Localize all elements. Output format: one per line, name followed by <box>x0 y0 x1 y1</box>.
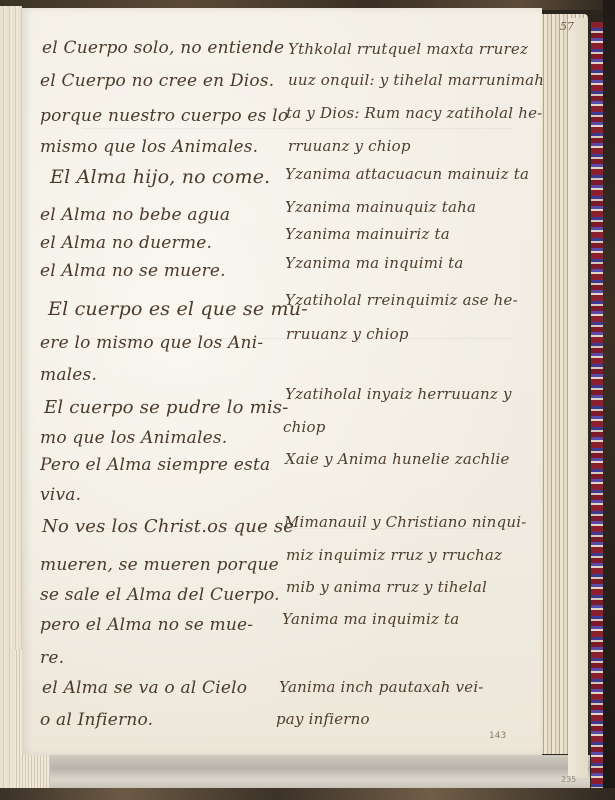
marbled-endpaper-edge <box>591 22 603 792</box>
spanish-line: el Alma no se muere. <box>40 261 226 281</box>
spanish-line: ere lo mismo que los Ani- <box>40 333 263 353</box>
spanish-line: No ves los Christ.os que se <box>42 516 294 537</box>
spanish-line: viva. <box>40 485 81 505</box>
native-line: Yanima ma inquimiz ta <box>282 610 459 628</box>
spanish-line: el Alma se va o al Cielo <box>42 678 247 698</box>
underlying-leaf <box>50 755 590 788</box>
spanish-line: mueren, se mueren porque <box>40 555 279 575</box>
native-line: Yzatiholal inyaiz herruuanz y <box>285 385 512 403</box>
book-cover-bottom-edge <box>0 788 615 800</box>
spanish-line: mismo que los Animales. <box>40 137 258 157</box>
native-line: Yzanima attacuacun mainuiz ta <box>285 165 529 183</box>
native-line: Yzanima mainuquiz taha <box>285 198 476 216</box>
spanish-line: se sale el Alma del Cuerpo. <box>40 585 280 605</box>
native-line: rruuanz y chiop <box>286 325 409 343</box>
native-line: Yanima inch pautaxah vei- <box>279 678 484 696</box>
spanish-line: el Alma no duerme. <box>40 233 212 253</box>
native-line: Mimanauil y Christiano ninqui- <box>284 513 526 531</box>
native-line: Ythkolal rrutquel maxta rrurez <box>288 40 528 58</box>
spanish-line: porque nuestro cuerpo es lo <box>40 106 288 126</box>
spanish-line: El cuerpo se pudre lo mis- <box>44 397 289 418</box>
spanish-line: Pero el Alma siempre esta <box>40 455 270 475</box>
native-line: mib y anima rruz y tihelal <box>286 578 487 596</box>
native-line: Yzanima mainuiriz ta <box>285 225 450 243</box>
book-cover-right <box>603 0 615 800</box>
spanish-line: pero el Alma no se mue- <box>40 615 253 635</box>
native-line: pay infierno <box>276 710 370 728</box>
native-line: ta y Dios: Rum nacy zatiholal he- <box>286 104 542 122</box>
folio-stamp: 143 <box>489 731 506 741</box>
native-line: chiop <box>283 418 326 436</box>
bleed-through <box>82 128 512 129</box>
native-line: Yzatiholal rreinquimiz ase he- <box>285 291 518 309</box>
native-line: miz inquimiz rruz y rruchaz <box>286 546 502 564</box>
spanish-line: re. <box>40 648 64 668</box>
spanish-line: El cuerpo es el que se mu- <box>48 298 308 320</box>
spanish-line: el Alma no bebe agua <box>40 205 230 225</box>
lower-margin-number: 235 <box>561 775 576 784</box>
spanish-line: mo que los Animales. <box>40 428 227 448</box>
page-number: 57 <box>560 20 574 33</box>
spanish-line: El Alma hijo, no come. <box>50 166 270 188</box>
spanish-line: o al Infierno. <box>40 710 153 730</box>
native-line: Yzanima ma inquimi ta <box>285 254 464 272</box>
native-line: uuz onquil: y tihelal marrunimah <box>288 71 544 89</box>
native-line: Xaie y Anima hunelie zachlie <box>285 450 510 468</box>
spanish-line: el Cuerpo solo, no entiende <box>42 38 284 58</box>
fore-edge-outer <box>568 18 588 778</box>
spanish-line: el Cuerpo no cree en Dios. <box>40 71 274 91</box>
spanish-line: males. <box>40 365 97 385</box>
native-line: rruuanz y chiop <box>288 137 411 155</box>
